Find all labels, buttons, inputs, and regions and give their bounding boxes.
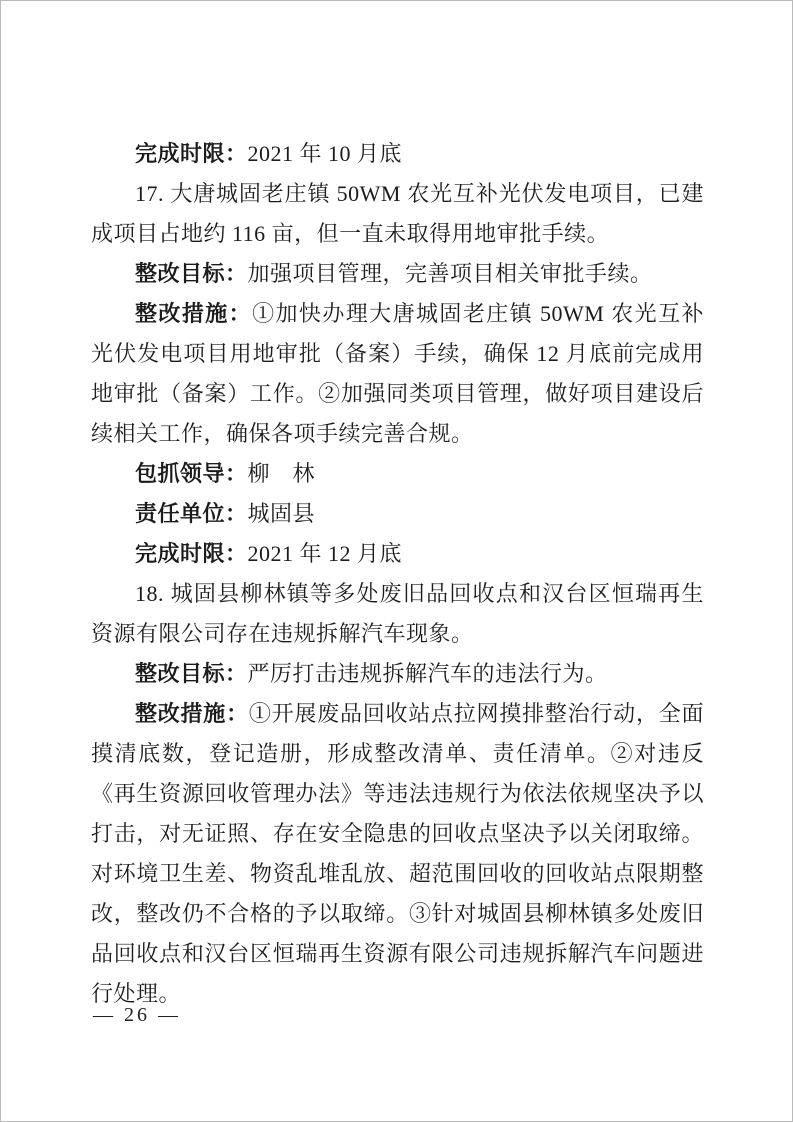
field-label-deadline: 完成时限： bbox=[135, 541, 248, 566]
document-body: 完成时限：2021 年 10 月底 17. 大唐城固老庄镇 50WM 农光互补光… bbox=[91, 134, 704, 1014]
para-item-17: 17. 大唐城固老庄镇 50WM 农光互补光伏发电项目，已建成项目占地约 116… bbox=[91, 174, 704, 254]
para-measures-18: 整改措施：①开展废品回收站点拉网摸排整治行动，全面摸清底数，登记造册，形成整改清… bbox=[91, 694, 704, 1014]
paragraph-text: 柳 林 bbox=[248, 461, 316, 486]
para-leader-17: 包抓领导：柳 林 bbox=[91, 454, 704, 494]
paragraph-text: 严厉打击违规拆解汽车的违法行为。 bbox=[248, 661, 608, 686]
para-item-18: 18. 城固县柳林镇等多处废旧品回收点和汉台区恒瑞再生资源有限公司存在违规拆解汽… bbox=[91, 574, 704, 654]
para-goal-18: 整改目标：严厉打击违规拆解汽车的违法行为。 bbox=[91, 654, 704, 694]
field-label-deadline: 完成时限： bbox=[135, 141, 248, 166]
field-label-measures: 整改措施： bbox=[135, 701, 249, 726]
paragraph-text: 18. 城固县柳林镇等多处废旧品回收点和汉台区恒瑞再生资源有限公司存在违规拆解汽… bbox=[91, 581, 704, 646]
para-deadline-dec: 完成时限：2021 年 12 月底 bbox=[91, 534, 704, 574]
paragraph-text: 17. 大唐城固老庄镇 50WM 农光互补光伏发电项目，已建成项目占地约 116… bbox=[91, 181, 704, 246]
field-label-unit: 责任单位： bbox=[135, 501, 248, 526]
paragraph-text: 2021 年 12 月底 bbox=[248, 541, 403, 566]
paragraph-text: 城固县 bbox=[248, 501, 316, 526]
field-label-measures: 整改措施： bbox=[135, 301, 252, 326]
para-unit-17: 责任单位：城固县 bbox=[91, 494, 704, 534]
field-label-leader: 包抓领导： bbox=[135, 461, 248, 486]
para-goal-17: 整改目标：加强项目管理，完善项目相关审批手续。 bbox=[91, 254, 704, 294]
paragraph-text: ①开展废品回收站点拉网摸排整治行动，全面摸清底数，登记造册，形成整改清单、责任清… bbox=[91, 701, 704, 1006]
paragraph-text: 2021 年 10 月底 bbox=[248, 141, 403, 166]
para-measures-17: 整改措施：①加快办理大唐城固老庄镇 50WM 农光互补光伏发电项目用地审批（备案… bbox=[91, 294, 704, 454]
page-number: — 26 — bbox=[93, 1004, 181, 1027]
paragraph-text: 加强项目管理，完善项目相关审批手续。 bbox=[248, 261, 653, 286]
field-label-goal: 整改目标： bbox=[135, 261, 248, 286]
document-page: 完成时限：2021 年 10 月底 17. 大唐城固老庄镇 50WM 农光互补光… bbox=[0, 0, 793, 1122]
para-deadline-oct: 完成时限：2021 年 10 月底 bbox=[91, 134, 704, 174]
field-label-goal: 整改目标： bbox=[135, 661, 248, 686]
